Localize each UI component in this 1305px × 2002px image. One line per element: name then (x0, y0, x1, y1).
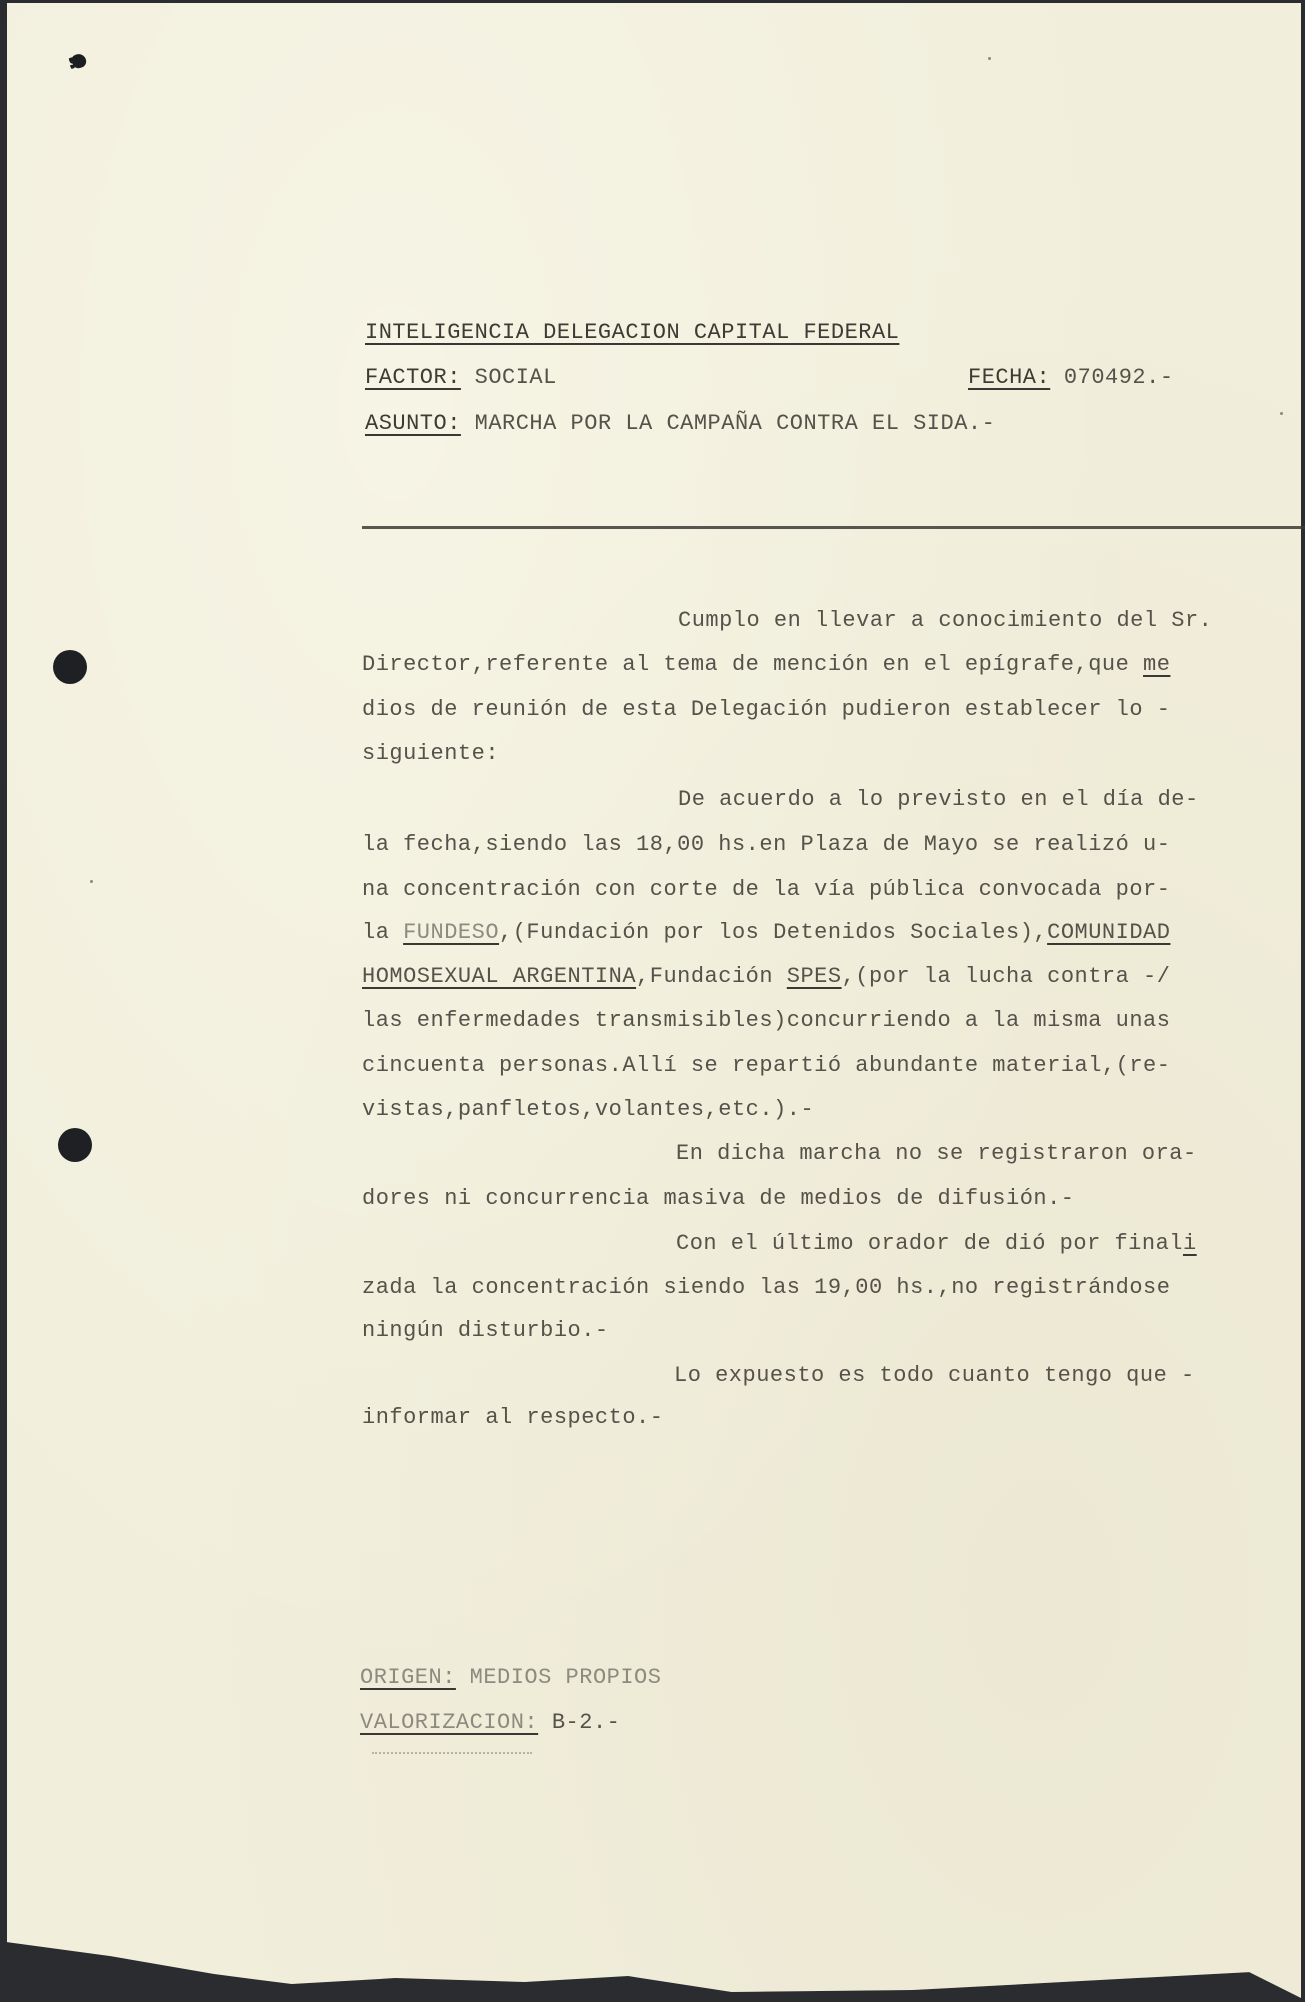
body-line: De acuerdo a lo previsto en el día de- (678, 789, 1199, 811)
body-line: Lo expuesto es todo cuanto tengo que - (674, 1365, 1195, 1387)
dotted-trail (372, 1752, 532, 1754)
paper-speck (988, 57, 991, 60)
asunto-label: ASUNTO: (365, 411, 461, 436)
body-line: Con el último orador de dió por finali (676, 1233, 1197, 1255)
paper-speck (90, 880, 93, 883)
fecha-value: 070492.- (1064, 365, 1174, 390)
body-line: la fecha,siendo las 18,00 hs.en Plaza de… (362, 834, 1170, 856)
valorizacion-value: B-2.- (552, 1710, 621, 1735)
org-name-cha: HOMOSEXUAL ARGENTINA (362, 964, 636, 989)
punch-hole-icon (58, 1128, 92, 1162)
body-line: la FUNDESO,(Fundación por los Detenidos … (362, 922, 1170, 944)
body-line: siguiente: (362, 743, 499, 765)
org-name-comunidad: COMUNIDAD (1047, 920, 1170, 945)
text-segment: la (362, 920, 403, 945)
body-line: na concentración con corte de la vía púb… (362, 879, 1170, 901)
origen-label: ORIGEN: (360, 1665, 456, 1690)
body-line: Director,referente al tema de mención en… (362, 654, 1170, 676)
fecha-label: FECHA: (968, 365, 1050, 390)
fecha-row: FECHA: 070492.- (968, 367, 1174, 389)
text-segment: Con el último orador de dió por final (676, 1231, 1183, 1256)
body-line: HOMOSEXUAL ARGENTINA,Fundación SPES,(por… (362, 966, 1170, 988)
valorizacion-label: VALORIZACION: (360, 1710, 538, 1735)
body-line: dores ni concurrencia masiva de medios d… (362, 1188, 1075, 1210)
factor-value: SOCIAL (475, 365, 557, 390)
text-segment: ,(Fundación por los Detenidos Sociales), (499, 920, 1047, 945)
separator-rule (362, 526, 1305, 529)
body-line: vistas,panfletos,volantes,etc.).- (362, 1099, 814, 1121)
body-line: zada la concentración siendo las 19,00 h… (362, 1277, 1170, 1299)
paper-sheet (7, 3, 1301, 1998)
factor-label: FACTOR: (365, 365, 461, 390)
valorizacion-row: VALORIZACION: B-2.- (360, 1712, 620, 1734)
paper-speck (1280, 412, 1283, 415)
body-line: En dicha marcha no se registraron ora- (676, 1143, 1197, 1165)
origen-value: MEDIOS PROPIOS (470, 1665, 662, 1690)
body-line: las enfermedades transmisibles)concurrie… (362, 1010, 1170, 1032)
asunto-row: ASUNTO: MARCHA POR LA CAMPAÑA CONTRA EL … (365, 413, 995, 435)
department-heading: INTELIGENCIA DELEGACION CAPITAL FEDERAL (365, 322, 899, 344)
body-line: ningún disturbio.- (362, 1320, 609, 1342)
text-segment: ,Fundación (636, 964, 787, 989)
origen-row: ORIGEN: MEDIOS PROPIOS (360, 1667, 661, 1689)
body-line: cincuenta personas.Allí se repartió abun… (362, 1055, 1170, 1077)
scanned-document: INTELIGENCIA DELEGACION CAPITAL FEDERAL … (0, 0, 1305, 2002)
text-segment: ,(por la lucha contra -/ (842, 964, 1171, 989)
asunto-value: MARCHA POR LA CAMPAÑA CONTRA EL SIDA.- (475, 411, 996, 436)
body-line: informar al respecto.- (362, 1407, 663, 1429)
text-segment: i (1183, 1231, 1197, 1256)
text-segment: me (1143, 652, 1170, 677)
body-line: Cumplo en llevar a conocimiento del Sr. (678, 610, 1212, 632)
org-name-spes: SPES (787, 964, 842, 989)
org-name-fundeso: FUNDESO (403, 920, 499, 945)
factor-row: FACTOR: SOCIAL (365, 367, 557, 389)
text-segment: Director,referente al tema de mención en… (362, 652, 1143, 677)
body-line: dios de reunión de esta Delegación pudie… (362, 699, 1170, 721)
punch-hole-icon (53, 650, 87, 684)
